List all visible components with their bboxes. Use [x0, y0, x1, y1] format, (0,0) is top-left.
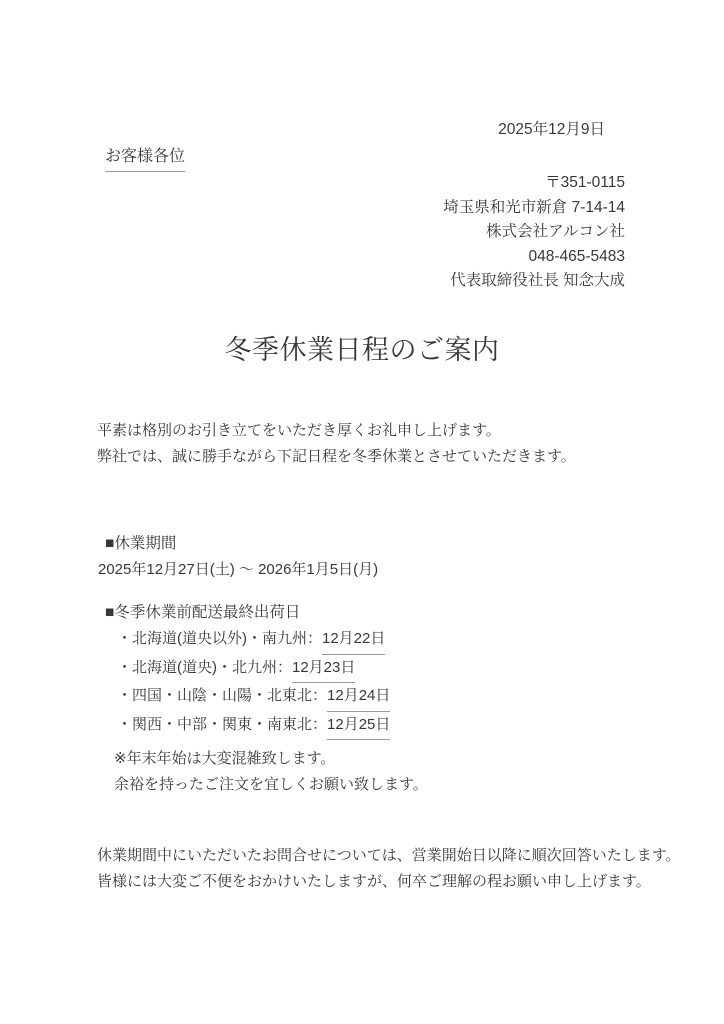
list-item: ・北海道(道央)・北九州：12月23日 — [117, 655, 390, 684]
shipping-regions: ・関西・中部・関東・南東北： — [117, 716, 327, 733]
shipping-date: 12月23日 — [292, 655, 355, 684]
sender-address: 埼玉県和光市新倉 7-14-14 — [443, 196, 625, 221]
sender-phone: 048-465-5483 — [443, 245, 625, 270]
closure-period-heading: ■休業期間 — [105, 531, 176, 553]
shipping-date: 12月24日 — [327, 683, 390, 712]
document-date: 2025年12月9日 — [498, 117, 605, 139]
sender-block: 〒351-0115 埼玉県和光市新倉 7-14-14 株式会社アルコン社 048… — [443, 171, 625, 294]
shipping-regions: ・四国・山陰・山陽・北東北： — [117, 687, 327, 704]
shipping-deadline-list: ・北海道(道央以外)・南九州：12月22日 ・北海道(道央)・北九州：12月23… — [117, 626, 390, 740]
recipient: お客様各位 — [105, 143, 185, 172]
document-page: 2025年12月9日 お客様各位 〒351-0115 埼玉県和光市新倉 7-14… — [0, 0, 724, 1024]
list-item: ・北海道(道央以外)・南九州：12月22日 — [117, 626, 390, 655]
closure-period-value: 2025年12月27日(土) ～ 2026年1月5日(月) — [98, 558, 378, 579]
list-item: ・四国・山陰・山陽・北東北：12月24日 — [117, 683, 390, 712]
greeting-line-1: 平素は格別のお引き立てをいただき厚くお礼申し上げます。 — [97, 418, 576, 444]
shipping-regions: ・北海道(道央以外)・南九州： — [117, 630, 322, 647]
closing-line-2: 皆様には大変ご不便をおかけいたしますが、何卒ご理解の程お願い申し上げます。 — [97, 869, 681, 895]
note-line-1: ※年末年始は大変混雑致します。 — [114, 746, 428, 772]
note-line-2: 余裕を持ったご注文を宜しくお願い致します。 — [114, 772, 428, 798]
greeting-line-2: 弊社では、誠に勝手ながら下記日程を冬季休業とさせていただきます。 — [97, 444, 576, 470]
sender-company: 株式会社アルコン社 — [443, 220, 625, 245]
sender-postal-code: 〒351-0115 — [443, 171, 625, 196]
congestion-note: ※年末年始は大変混雑致します。 余裕を持ったご注文を宜しくお願い致します。 — [114, 746, 428, 798]
list-item: ・関西・中部・関東・南東北：12月25日 — [117, 712, 390, 741]
recipient-label: お客様各位 — [105, 143, 185, 172]
sender-representative: 代表取締役社長 知念大成 — [443, 269, 625, 294]
closing-paragraph: 休業期間中にいただいたお問合せについては、営業開始日以降に順次回答いたします。 … — [97, 843, 681, 895]
shipping-regions: ・北海道(道央)・北九州： — [117, 659, 292, 676]
closing-line-1: 休業期間中にいただいたお問合せについては、営業開始日以降に順次回答いたします。 — [97, 843, 681, 869]
page-title: 冬季休業日程のご案内 — [0, 328, 724, 367]
shipping-deadline-heading: ■冬季休業前配送最終出荷日 — [105, 600, 300, 622]
shipping-date: 12月22日 — [322, 626, 385, 655]
shipping-date: 12月25日 — [327, 712, 390, 741]
greeting-paragraph: 平素は格別のお引き立てをいただき厚くお礼申し上げます。 弊社では、誠に勝手ながら… — [97, 418, 576, 470]
